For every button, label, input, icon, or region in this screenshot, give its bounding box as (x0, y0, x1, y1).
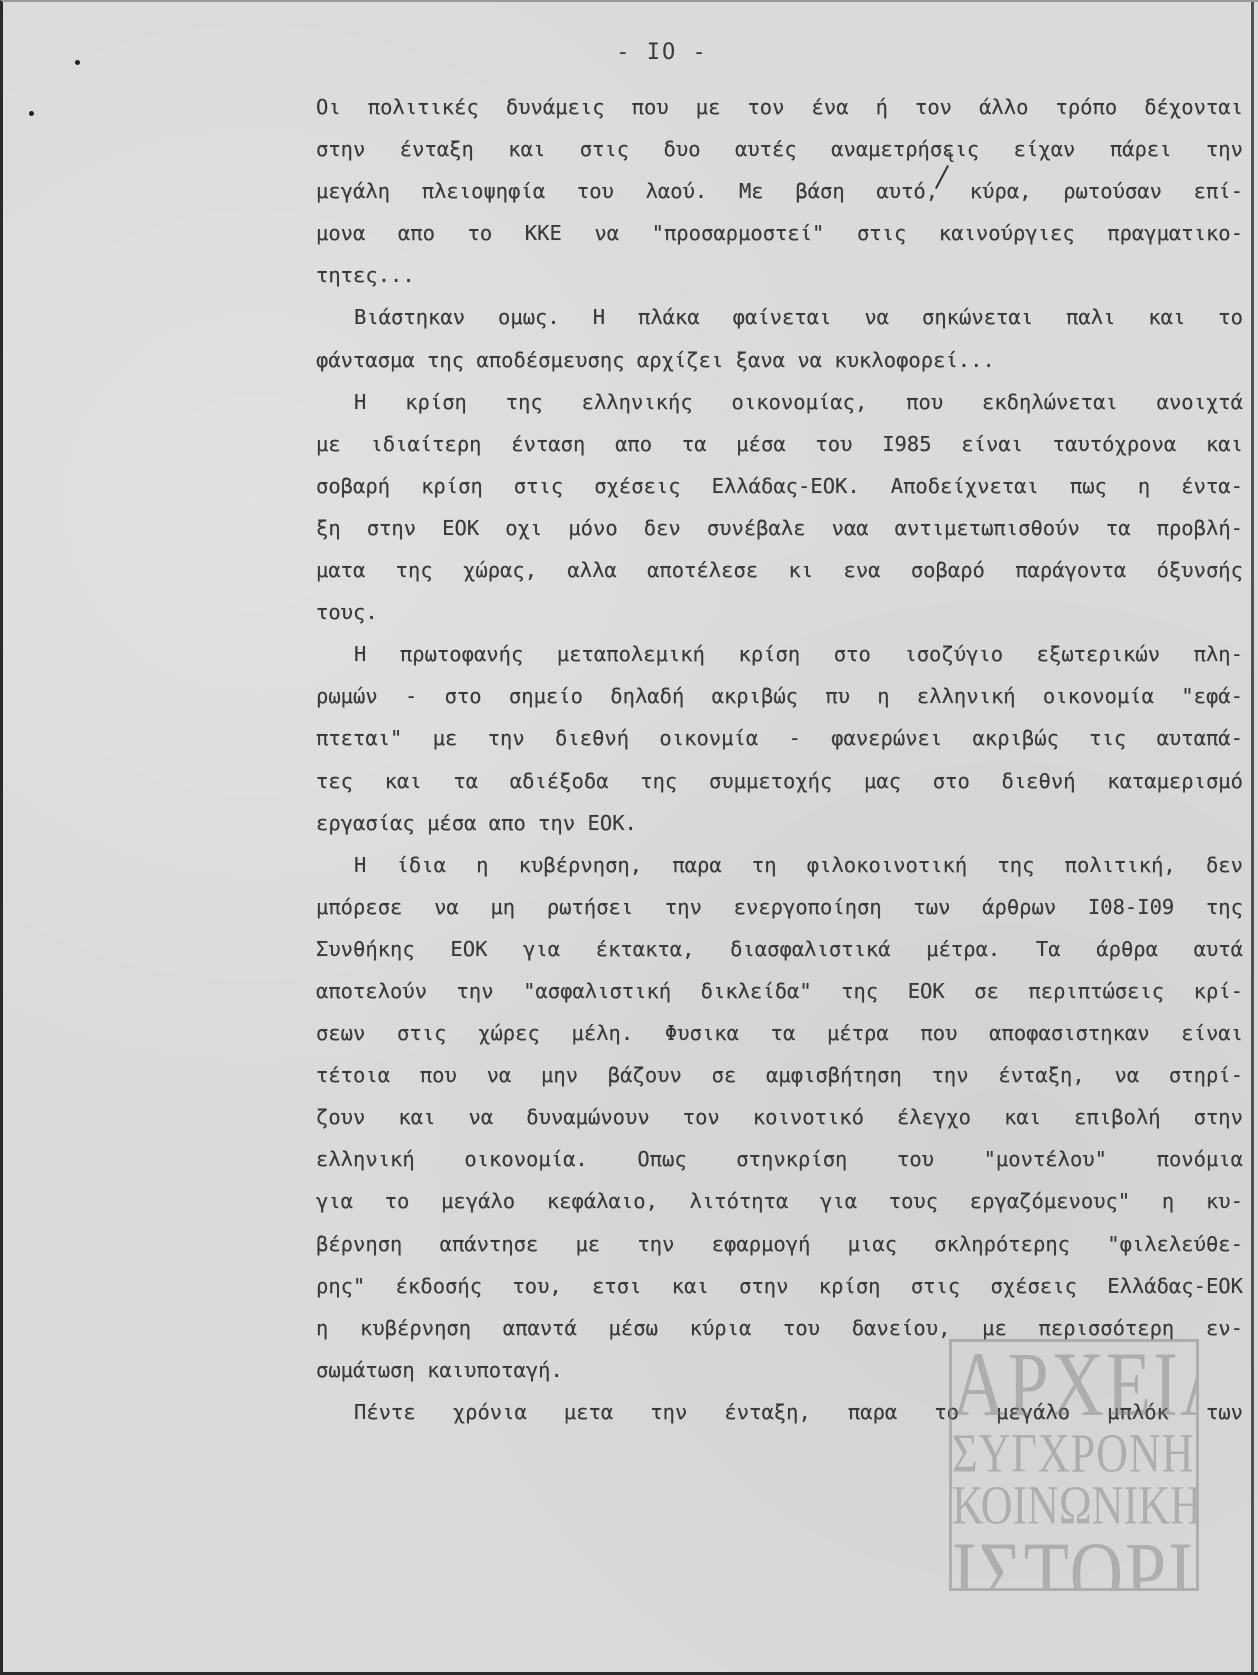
document-page: - IO - ι Οι πολιτικές δυνάμεις που με το… (0, 0, 1258, 1675)
text-line: ματα της χώρας, αλλα αποτέλεσε κι ενα σο… (316, 549, 1243, 591)
text-line: με ιδιαίτερη ένταση απο τα μέσα του I985… (316, 423, 1243, 465)
text-line: μεγάλη πλειοψηφία του λαού. Με βάση αυτό… (316, 170, 1243, 212)
text-line: ελληνική οικονομία. Οπως στηνκρίση του "… (316, 1138, 1243, 1180)
page-edge-shadow (1251, 2, 1254, 1675)
text-line: τες και τα αδιέξοδα της συμμετοχής μας σ… (316, 760, 1243, 802)
watermark-line: ΙΣΤΟΡΙΑΣ (952, 1529, 1196, 1591)
ink-speck (29, 111, 34, 116)
text-line: αποτελούν την "ασφαλιστική δικλείδα" της… (316, 970, 1243, 1012)
text-line: για το μεγάλο κεφάλαιο, λιτότητα για του… (316, 1180, 1243, 1222)
watermark-line: ΣΥΓΧΡΟΝΗΣ (952, 1427, 1196, 1482)
text-line: σωμάτωση καιυποταγή. (316, 1349, 1243, 1391)
text-line: η κυβέρνηση απαντά μέσω κύρια του δανείο… (316, 1307, 1243, 1349)
text-line: Η κρίση της ελληνικής οικονομίας, που εκ… (316, 381, 1243, 423)
typewritten-body: Οι πολιτικές δυνάμεις που με τον ένα ή τ… (316, 86, 1243, 1433)
text-line: Οι πολιτικές δυνάμεις που με τον ένα ή τ… (316, 86, 1243, 128)
text-line: φάντασμα της αποδέσμευσης αρχίζει ξανα ν… (316, 339, 1243, 381)
text-line: ξη στην ΕΟΚ οχι μόνο δεν συνέβαλε ναα αν… (316, 507, 1243, 549)
text-line: τητες... (316, 254, 1243, 296)
text-line: σεων στις χώρες μέλη. Φυσικα τα μέτρα πο… (316, 1012, 1243, 1054)
text-line: Βιάστηκαν ομως. Η πλάκα φαίνεται να σηκώ… (316, 296, 1243, 338)
text-line: μπόρεσε να μη ρωτήσει την ενεργοποίηση τ… (316, 886, 1243, 928)
text-line: τους. (316, 591, 1243, 633)
text-line: εργασίας μέσα απο την ΕΟΚ. (316, 802, 1243, 844)
text-line: μονα απο το ΚΚΕ να "προσαρμοστεί" στις κ… (316, 212, 1243, 254)
text-line: Πέντε χρόνια μετα την ένταξη, παρα το με… (316, 1391, 1243, 1433)
text-line: Η πρωτοφανής μεταπολεμική κρίση στο ισοζ… (316, 633, 1243, 675)
watermark-line: ΚΟΙΝΩΝΙΚΗΣ (952, 1479, 1196, 1534)
text-line: στην ένταξη και στις δυο αυτές αναμετρήσ… (316, 128, 1243, 170)
text-line: ζουν και να δυναμώνουν τον κοινοτικό έλε… (316, 1096, 1243, 1138)
text-line: ρης" έκδοσής του, ετσι και στην κρίση στ… (316, 1265, 1243, 1307)
text-line: πτεται" με την διεθνή οικονμία - φανερών… (316, 717, 1243, 759)
text-line: σοβαρή κρίση στις σχέσεις Ελλάδας-ΕΟΚ. Α… (316, 465, 1243, 507)
text-line: τέτοια που να μην βάζουν σε αμφισβήτηση … (316, 1054, 1243, 1096)
text-line: ρωμών - στο σημείο δηλαδή ακριβώς πυ η ε… (316, 675, 1243, 717)
text-line: βέρνηση απάντησε με την εφαρμογή μιας σκ… (316, 1223, 1243, 1265)
text-line: Η ίδια η κυβέρνηση, παρα τη φιλοκοινοτικ… (316, 844, 1243, 886)
page-number: - IO - (3, 40, 1258, 65)
text-line: Συνθήκης ΕΟΚ για έκτακτα, διασφαλιστικά … (316, 928, 1243, 970)
